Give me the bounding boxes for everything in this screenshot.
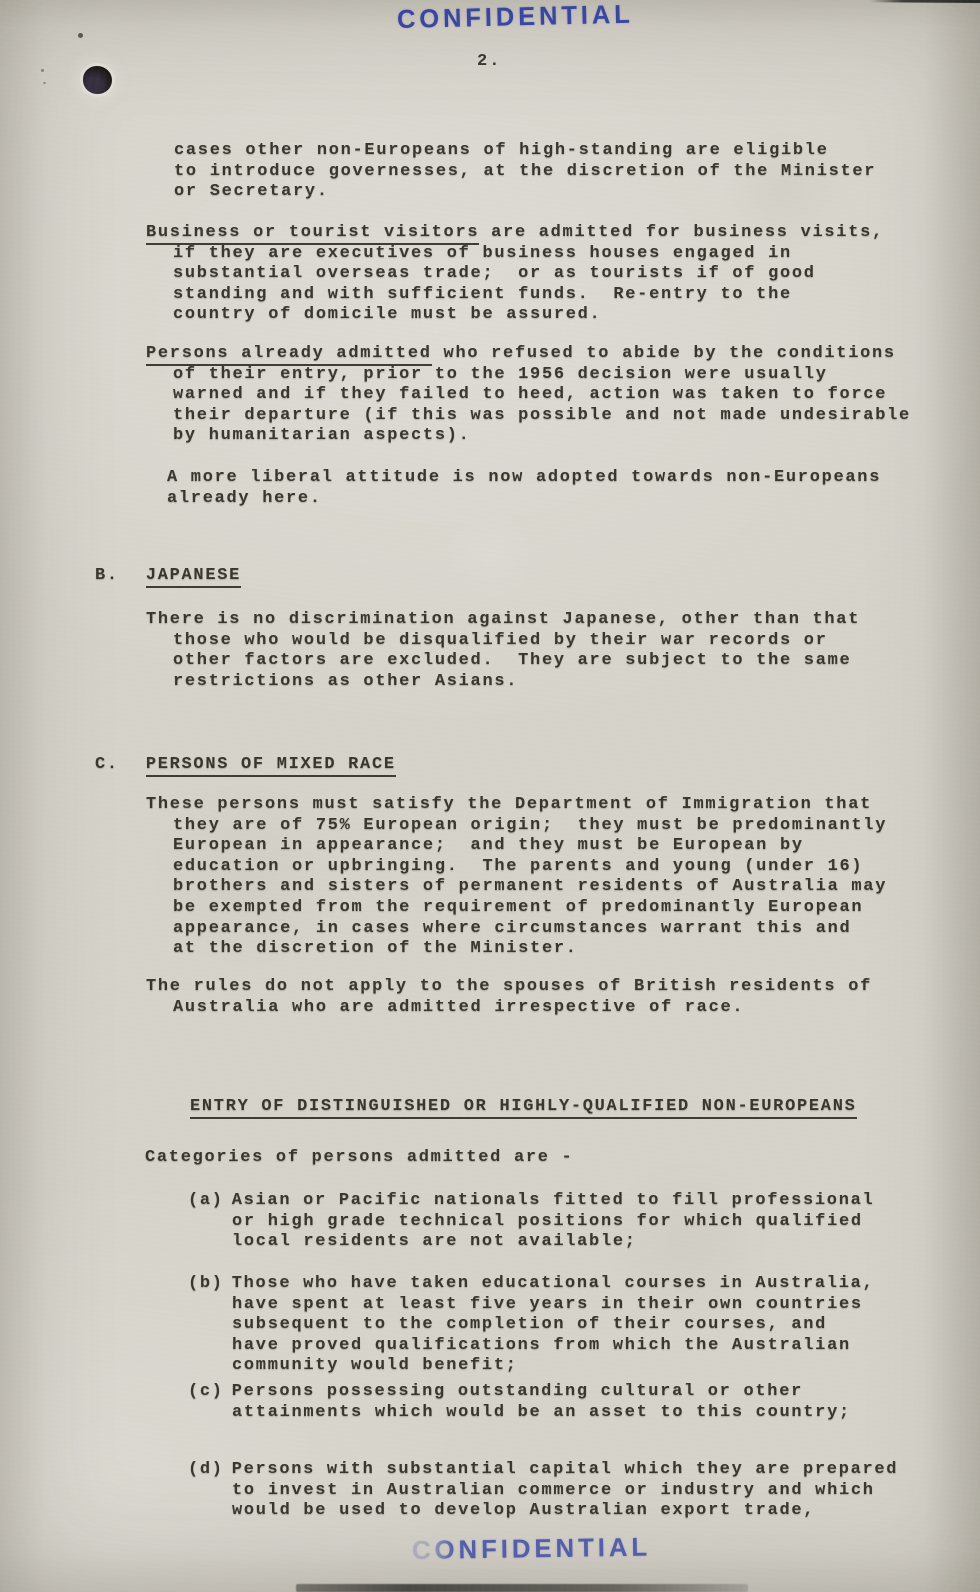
category-label: (a) [188,1191,224,1210]
paragraph-business-visitors: Business or tourist visitors are admitte… [146,223,980,326]
categories-intro: Categories of persons admitted are - [145,1148,965,1169]
scan-edge-artifact [870,0,980,3]
paragraph-persons-admitted: Persons already admitted who refused to … [146,344,980,447]
category-item-a: (a)Asian or Pacific nationals fitted to … [188,1191,980,1253]
confidential-stamp-top: CONFIDENTIAL [397,0,634,35]
category-label: (b) [188,1274,224,1293]
category-text: Asian or Pacific nationals fitted to fil… [232,1191,875,1251]
scanned-document-page: { "colors": { "paper": "#d6d3ca", "ink":… [0,0,980,1592]
section-label: B. [95,566,119,587]
category-text: Persons with substantial capital which t… [232,1460,899,1520]
category-label: (c) [188,1382,224,1401]
section-title: JAPANESE [146,566,241,588]
confidential-stamp-bottom: CONFIDENTIAL [412,1532,652,1566]
section-body-japanese: There is no discrimination against Japan… [146,610,980,692]
paragraph-continuation: cases other non-Europeans of high-standi… [174,141,980,203]
category-text: Persons possessing outstanding cultural … [232,1382,851,1422]
category-item-b: (b)Those who have taken educational cour… [188,1274,980,1377]
underlined-lead-business: Business or tourist visitors [146,223,479,245]
underlined-lead-persons: Persons already admitted [146,344,432,366]
scan-bottom-artifact [296,1584,748,1592]
page-number: 2. [477,52,501,71]
category-label: (d) [188,1460,224,1479]
entry-heading-text: ENTRY OF DISTINGUISHED OR HIGHLY-QUALIFI… [190,1097,857,1119]
section-label: C. [95,755,119,776]
ink-speck [41,69,44,72]
category-item-d: (d)Persons with substantial capital whic… [188,1460,980,1522]
ink-speck [78,33,83,38]
paragraph-rules-note: The rules do not apply to the spouses of… [146,977,980,1018]
hole-punch [83,66,112,94]
category-text: Those who have taken educational courses… [232,1274,875,1375]
paragraph-liberal-attitude: A more liberal attitude is now adopted t… [167,468,980,509]
category-item-c: (c)Persons possessing outstanding cultur… [188,1382,980,1423]
entry-heading: ENTRY OF DISTINGUISHED OR HIGHLY-QUALIFI… [190,1097,950,1118]
section-title: PERSONS OF MIXED RACE [146,755,396,777]
section-heading-japanese: B.JAPANESE [95,566,915,587]
ink-speck [43,82,46,84]
section-body-mixed-race: These persons must satisfy the Departmen… [146,795,980,960]
section-heading-mixed-race: C.PERSONS OF MIXED RACE [95,755,915,776]
